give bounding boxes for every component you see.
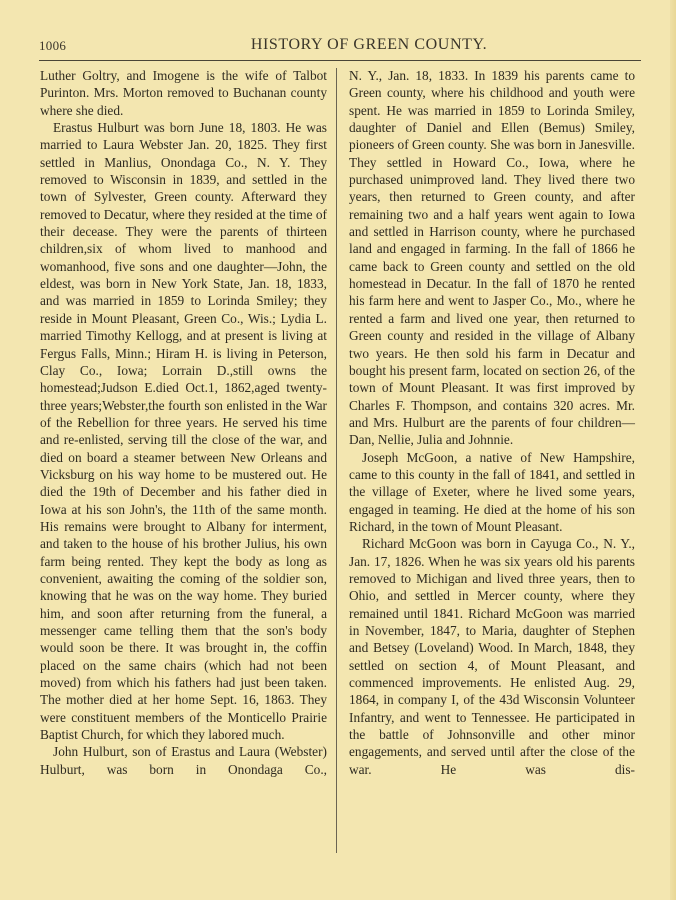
paragraph: John Hulburt, son of Erastus and Laura (… (40, 743, 327, 778)
paragraph: N. Y., Jan. 18, 1833. In 1839 his parent… (349, 67, 635, 449)
paragraph: Richard McGoon was born in Cayuga Co., N… (349, 535, 635, 778)
right-column: N. Y., Jan. 18, 1833. In 1839 his parent… (349, 67, 635, 778)
page-number: 1006 (39, 38, 66, 54)
page-header: 1006 HISTORY OF GREEN COUNTY. (39, 38, 639, 62)
header-rule (39, 60, 641, 61)
paragraph: Joseph McGoon, a native of New Hampshire… (349, 449, 635, 536)
running-title: HISTORY OF GREEN COUNTY. (179, 36, 559, 54)
page-edge (670, 0, 676, 900)
left-column: Luther Goltry, and Imogene is the wife o… (40, 67, 327, 778)
paragraph: Luther Goltry, and Imogene is the wife o… (40, 67, 327, 119)
column-divider (336, 68, 337, 853)
paragraph: Erastus Hulburt was born June 18, 1803. … (40, 119, 327, 743)
